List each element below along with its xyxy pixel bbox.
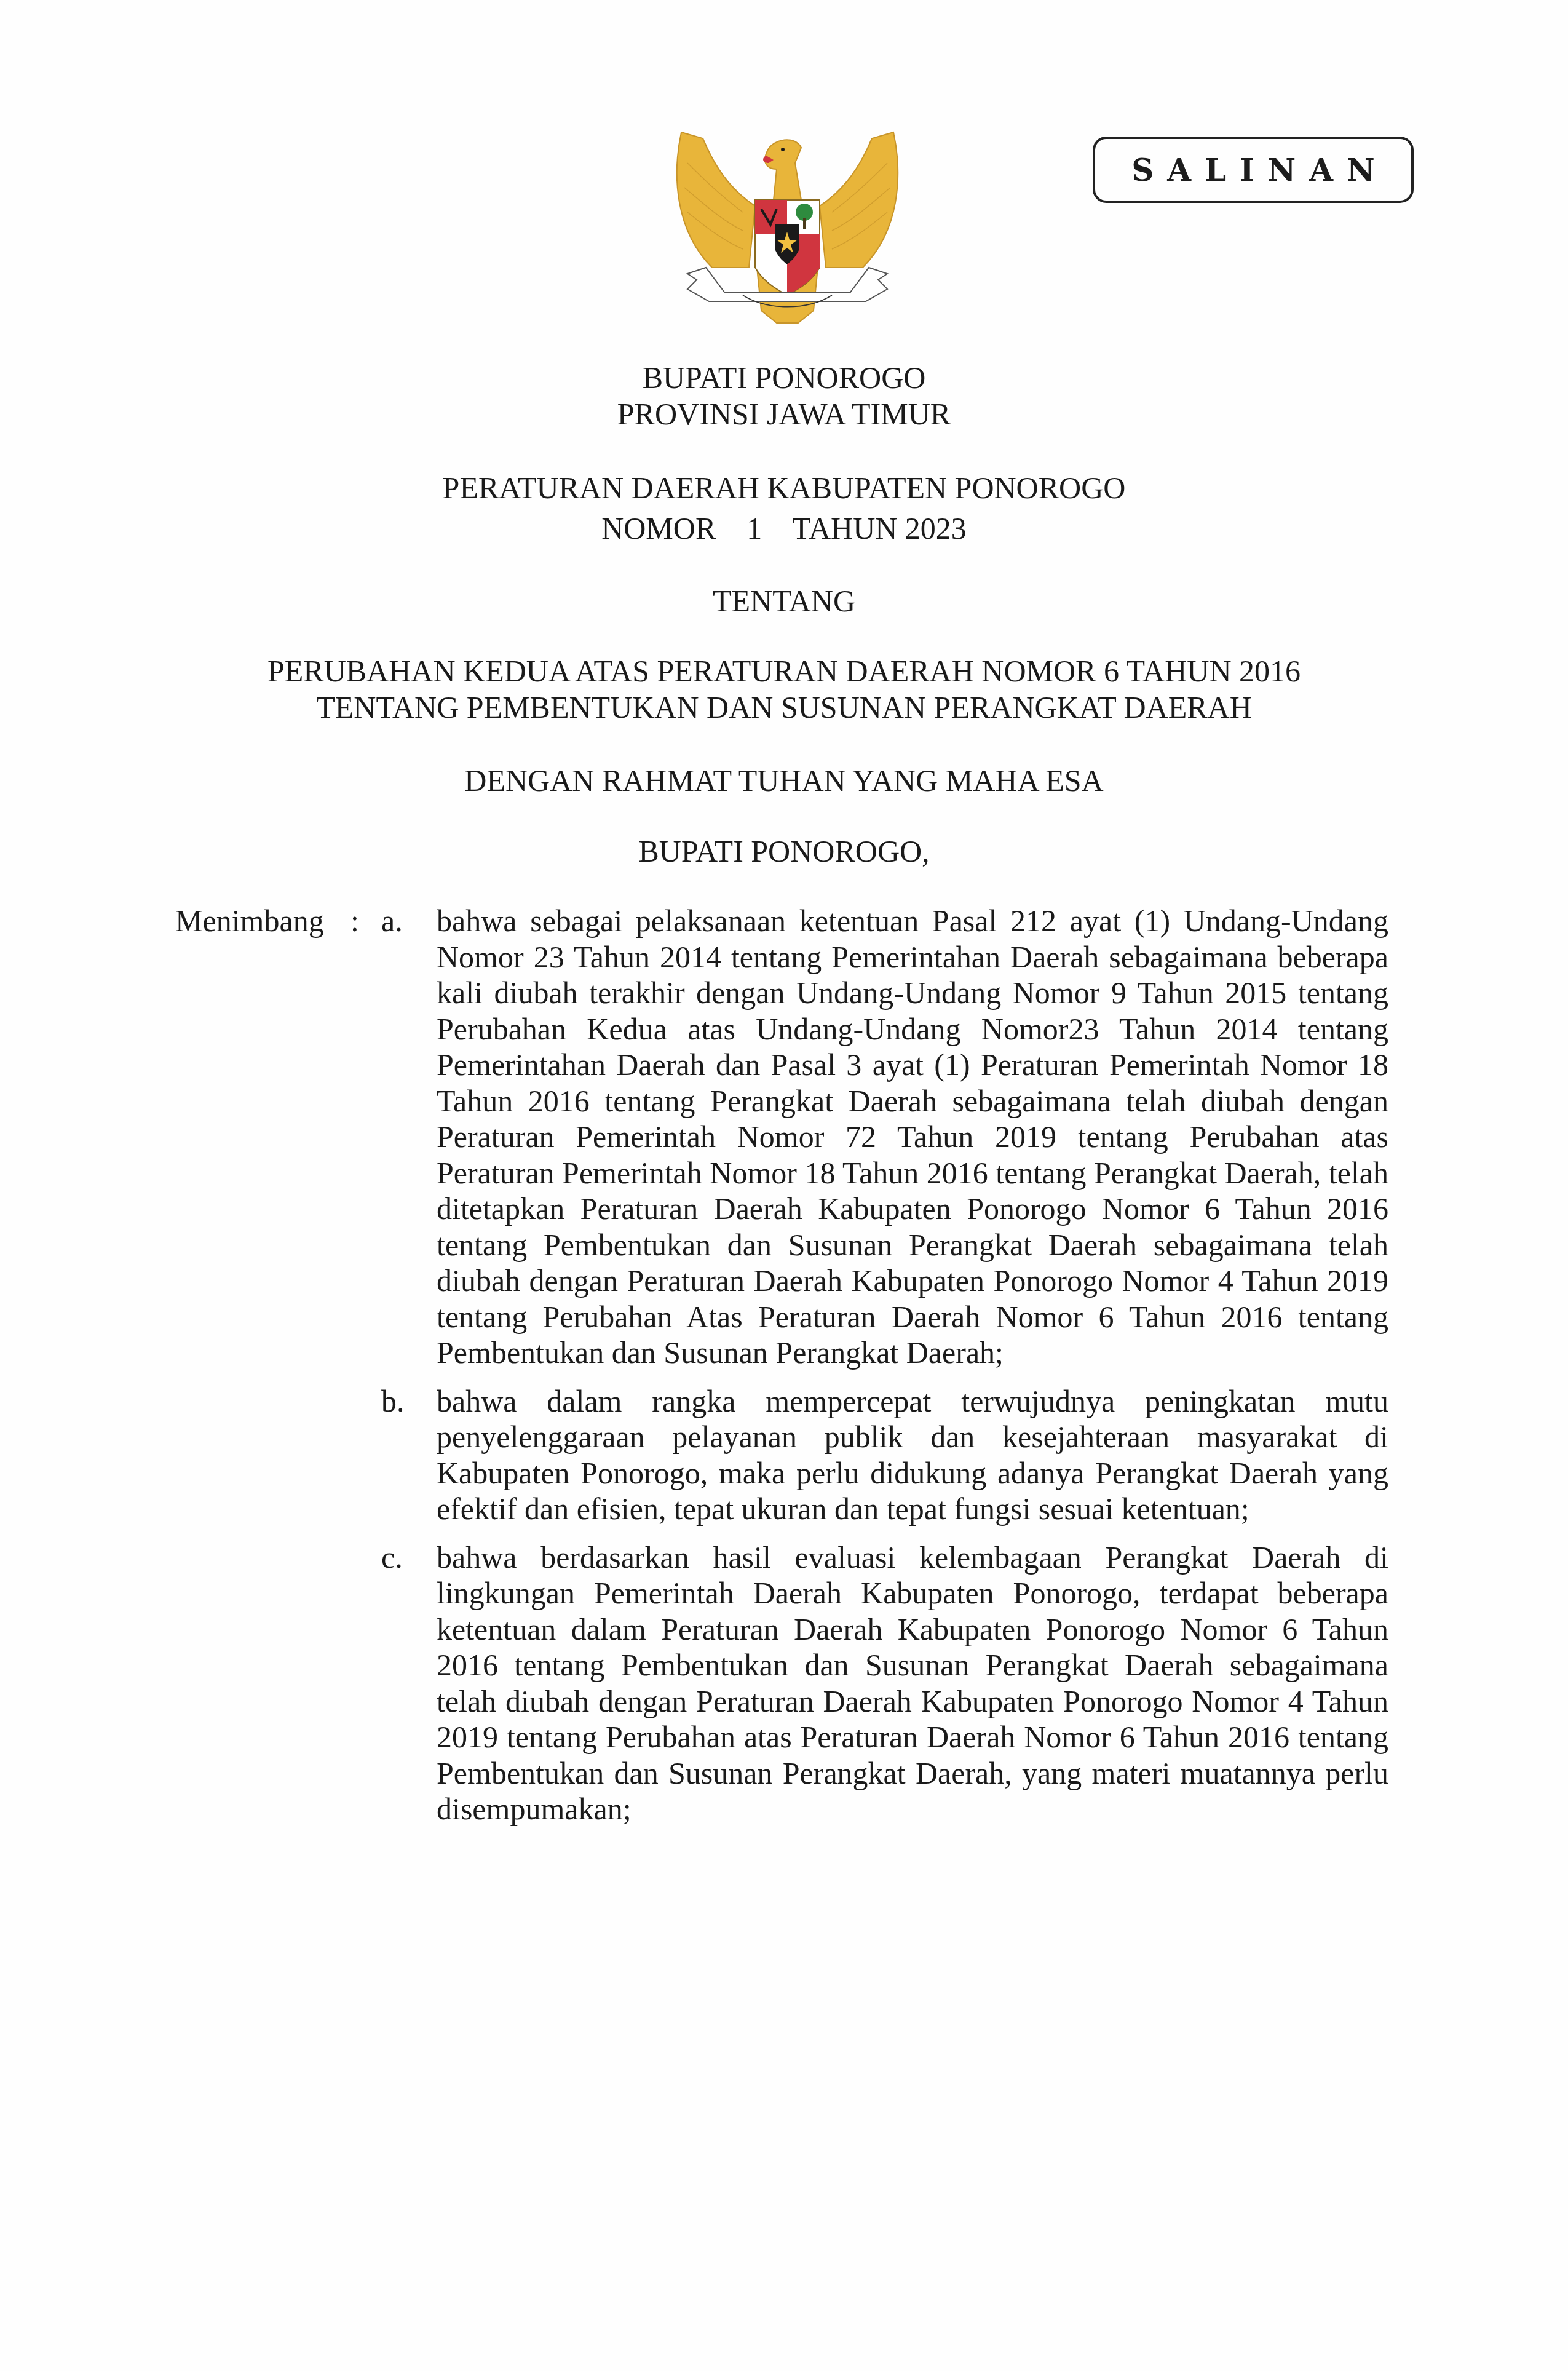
issuer-heading: BUPATI PONOROGO, — [0, 833, 1568, 869]
consideration-item: b. bahwa dalam rangka mempercepat terwuj… — [175, 1383, 1417, 1527]
garuda-pancasila-emblem-icon — [669, 126, 906, 326]
item-text: bahwa berdasarkan hasil evaluasi kelemba… — [437, 1539, 1388, 1827]
considerations-colon: : — [350, 903, 381, 1371]
salinan-stamp: SALINAN — [1093, 137, 1414, 203]
item-letter: c. — [381, 1539, 437, 1827]
authority-heading: BUPATI PONOROGO — [0, 360, 1568, 395]
document-page: SALINAN BUPATI PONOROGO PROVINSI JAWA TI… — [0, 0, 1568, 2371]
regulation-number: NOMOR 1 TAHUN 2023 — [0, 510, 1568, 546]
item-text: bahwa sebagai pelaksanaan ketentuan Pasa… — [437, 903, 1388, 1371]
item-letter: a. — [381, 903, 437, 1371]
salinan-label: SALINAN — [1131, 152, 1388, 188]
subject-line-1: PERUBAHAN KEDUA ATAS PERATURAN DAERAH NO… — [0, 653, 1568, 689]
regulation-title: PERATURAN DAERAH KABUPATEN PONOROGO — [0, 470, 1568, 506]
item-letter: b. — [381, 1383, 437, 1527]
item-text: bahwa dalam rangka mempercepat terwujudn… — [437, 1383, 1388, 1527]
invocation-heading: DENGAN RAHMAT TUHAN YANG MAHA ESA — [0, 763, 1568, 798]
consideration-item: c. bahwa berdasarkan hasil evaluasi kele… — [175, 1539, 1417, 1827]
consideration-item: Menimbang : a. bahwa sebagai pelaksanaan… — [175, 903, 1417, 1371]
province-heading: PROVINSI JAWA TIMUR — [0, 396, 1568, 432]
considerations-section: Menimbang : a. bahwa sebagai pelaksanaan… — [175, 903, 1417, 1840]
considerations-label: Menimbang — [175, 903, 350, 1371]
subject-line-2: TENTANG PEMBENTUKAN DAN SUSUNAN PERANGKA… — [0, 689, 1568, 725]
about-heading: TENTANG — [0, 583, 1568, 619]
